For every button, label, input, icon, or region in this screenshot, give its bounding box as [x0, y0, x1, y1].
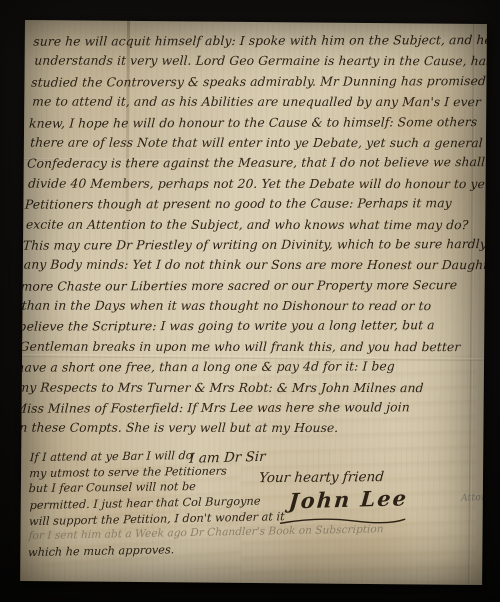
letter-line: Confederacy is there against the Measure… — [27, 152, 475, 174]
letter-line: more Chaste our Liberties more sacred or… — [20, 275, 468, 297]
letter-line: Miss Milnes of Fosterfield: If Mrs Lee w… — [20, 397, 462, 419]
letter-line: Gentleman breaks in upon me who will fra… — [20, 336, 465, 357]
letter-line: knew, I hope he will do honour to the Ca… — [29, 112, 477, 134]
letter-line: studied the Controversy & speaks admirab… — [31, 71, 479, 93]
postscript-full-width: permitted. I just hear that Col Burgoyne… — [28, 491, 385, 560]
letter-line: understands it very well. Lord Geo Germa… — [34, 51, 480, 72]
letter-line: any Body minds: Yet I do not think our S… — [23, 255, 469, 276]
margin-note-attorney: Attorney — [461, 491, 487, 504]
letter-line: believe the Scripture: I was going to wr… — [20, 316, 466, 338]
letter-line: than in the Days when it was thought no … — [21, 296, 467, 317]
letter-line: excite an Attention to the Subject, and … — [25, 214, 471, 235]
postscript-left-column: If I attend at ye Bar I will do my utmos… — [28, 448, 227, 497]
letter-line: in these Compts. She is very well but at… — [20, 418, 461, 439]
letter-line: Petitioners though at present no good to… — [24, 193, 472, 215]
letter-line: divide 40 Members, perhaps not 20. Yet t… — [28, 173, 474, 194]
letter-body: sure he will acquit himself ably: I spok… — [20, 31, 481, 439]
letter-line: there are of less Note that will enter i… — [30, 133, 476, 154]
closing-valediction: Your hearty friend — [258, 469, 384, 486]
manuscript-paper: sure he will acquit himself ably: I spok… — [20, 20, 487, 585]
letter-line: have a short one free, than a long one &… — [20, 356, 464, 378]
letter-line: sure he will acquit himself ably: I spok… — [33, 30, 481, 52]
postscript-line: my utmost to serve the Petitioners — [29, 463, 227, 481]
letter-line: This may cure Dr Priestley of writing on… — [22, 234, 470, 256]
photo-background: sure he will acquit himself ably: I spok… — [0, 0, 500, 602]
letter-line: my Respects to Mrs Turner & Mrs Robt: & … — [20, 377, 463, 398]
letter-line: me to attend it, and as his Abilities ar… — [32, 92, 478, 113]
